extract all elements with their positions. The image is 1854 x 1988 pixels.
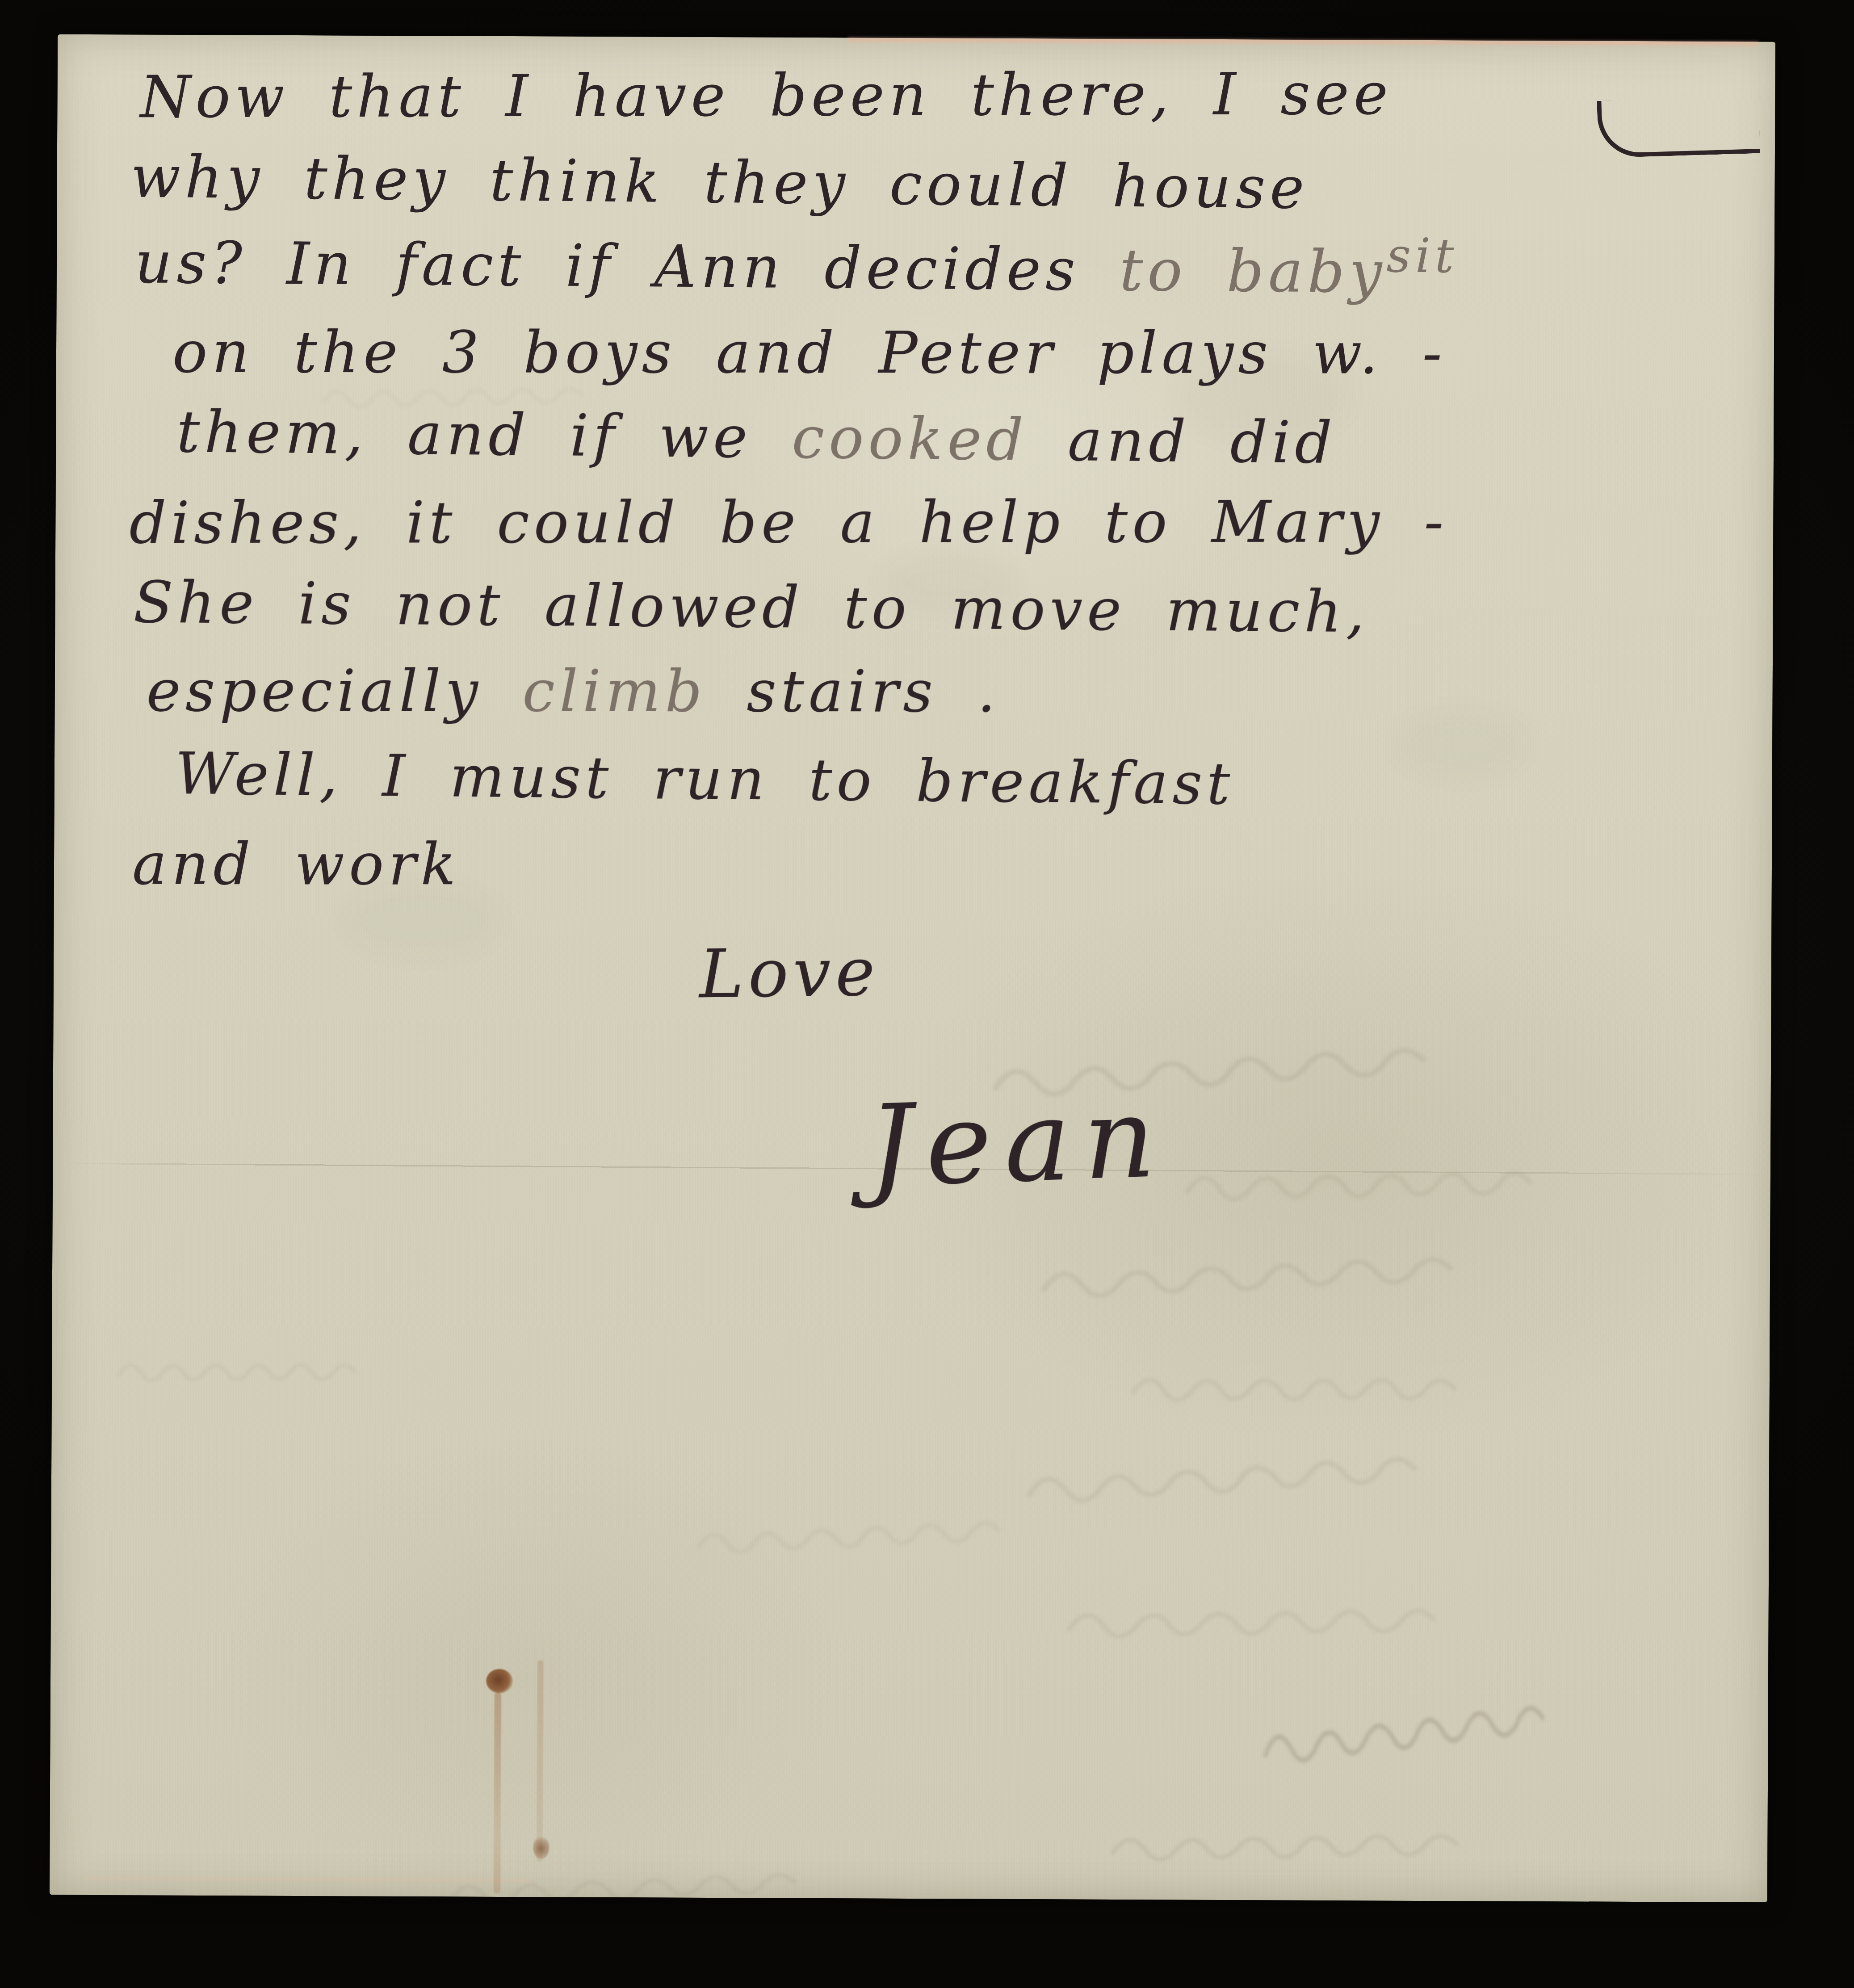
letter-text: why they think they could house bbox=[130, 143, 1309, 222]
letter-line-6: dishes, it could be a help to Mary - bbox=[129, 492, 1448, 552]
letter-page: Now that I have been there, I see why th… bbox=[50, 34, 1775, 1903]
letter-text: Jean bbox=[866, 1072, 1170, 1211]
letter-line-3: us? In fact if Ann decides to babysit bbox=[134, 233, 1458, 302]
letter-signature: Jean bbox=[867, 1082, 1170, 1202]
stain-drip bbox=[537, 1660, 543, 1862]
letter-line-4: on the 3 boys and Peter plays w. - bbox=[172, 323, 1447, 382]
letter-line-1: Now that I have been there, I see bbox=[140, 65, 1393, 126]
stain-drip bbox=[494, 1692, 501, 1894]
letter-text: them, and if we bbox=[176, 398, 793, 471]
letter-text: and did bbox=[1028, 406, 1337, 477]
stain-spot bbox=[486, 1669, 513, 1693]
letter-text: dishes, it could be a help to Mary - bbox=[129, 487, 1448, 557]
paper-smudge bbox=[1395, 710, 1529, 778]
letter-line-2: why they think they could house bbox=[130, 147, 1309, 217]
letter-text: stairs . bbox=[707, 657, 1000, 726]
stain-drip-blob bbox=[533, 1836, 549, 1859]
letter-text-pencil: climb bbox=[522, 657, 707, 725]
bleed-through-writing bbox=[50, 34, 1775, 1903]
letter-text-pencil: to baby bbox=[1119, 236, 1386, 306]
scan-background: Now that I have been there, I see why th… bbox=[0, 0, 1854, 1988]
letter-line-9: Well, I must run to breakfast bbox=[175, 745, 1235, 813]
letter-text: Well, I must run to breakfast bbox=[175, 740, 1235, 818]
page-number-underline bbox=[1597, 96, 1760, 158]
letter-text: especially bbox=[147, 657, 523, 725]
letter-text: Now that I have been there, I see bbox=[140, 60, 1393, 131]
letter-line-7: She is not allowed to move much, bbox=[133, 573, 1369, 641]
letter-line-8: especially climb stairs . bbox=[147, 662, 1000, 721]
letter-text: and work bbox=[132, 830, 460, 898]
letter-line-5: them, and if we cooked and did bbox=[176, 403, 1337, 472]
letter-text: She is not allowed to move much, bbox=[133, 568, 1369, 646]
letter-text-pencil: sit bbox=[1386, 232, 1459, 280]
letter-text: on the 3 boys and Peter plays w. - bbox=[172, 318, 1447, 387]
letter-text: Love bbox=[699, 933, 880, 1013]
letter-text: us? In fact if Ann decides bbox=[134, 228, 1120, 304]
letter-line-10: and work bbox=[132, 835, 460, 893]
letter-closing: Love bbox=[699, 939, 880, 1008]
letter-text-pencil: cooked bbox=[792, 403, 1028, 474]
